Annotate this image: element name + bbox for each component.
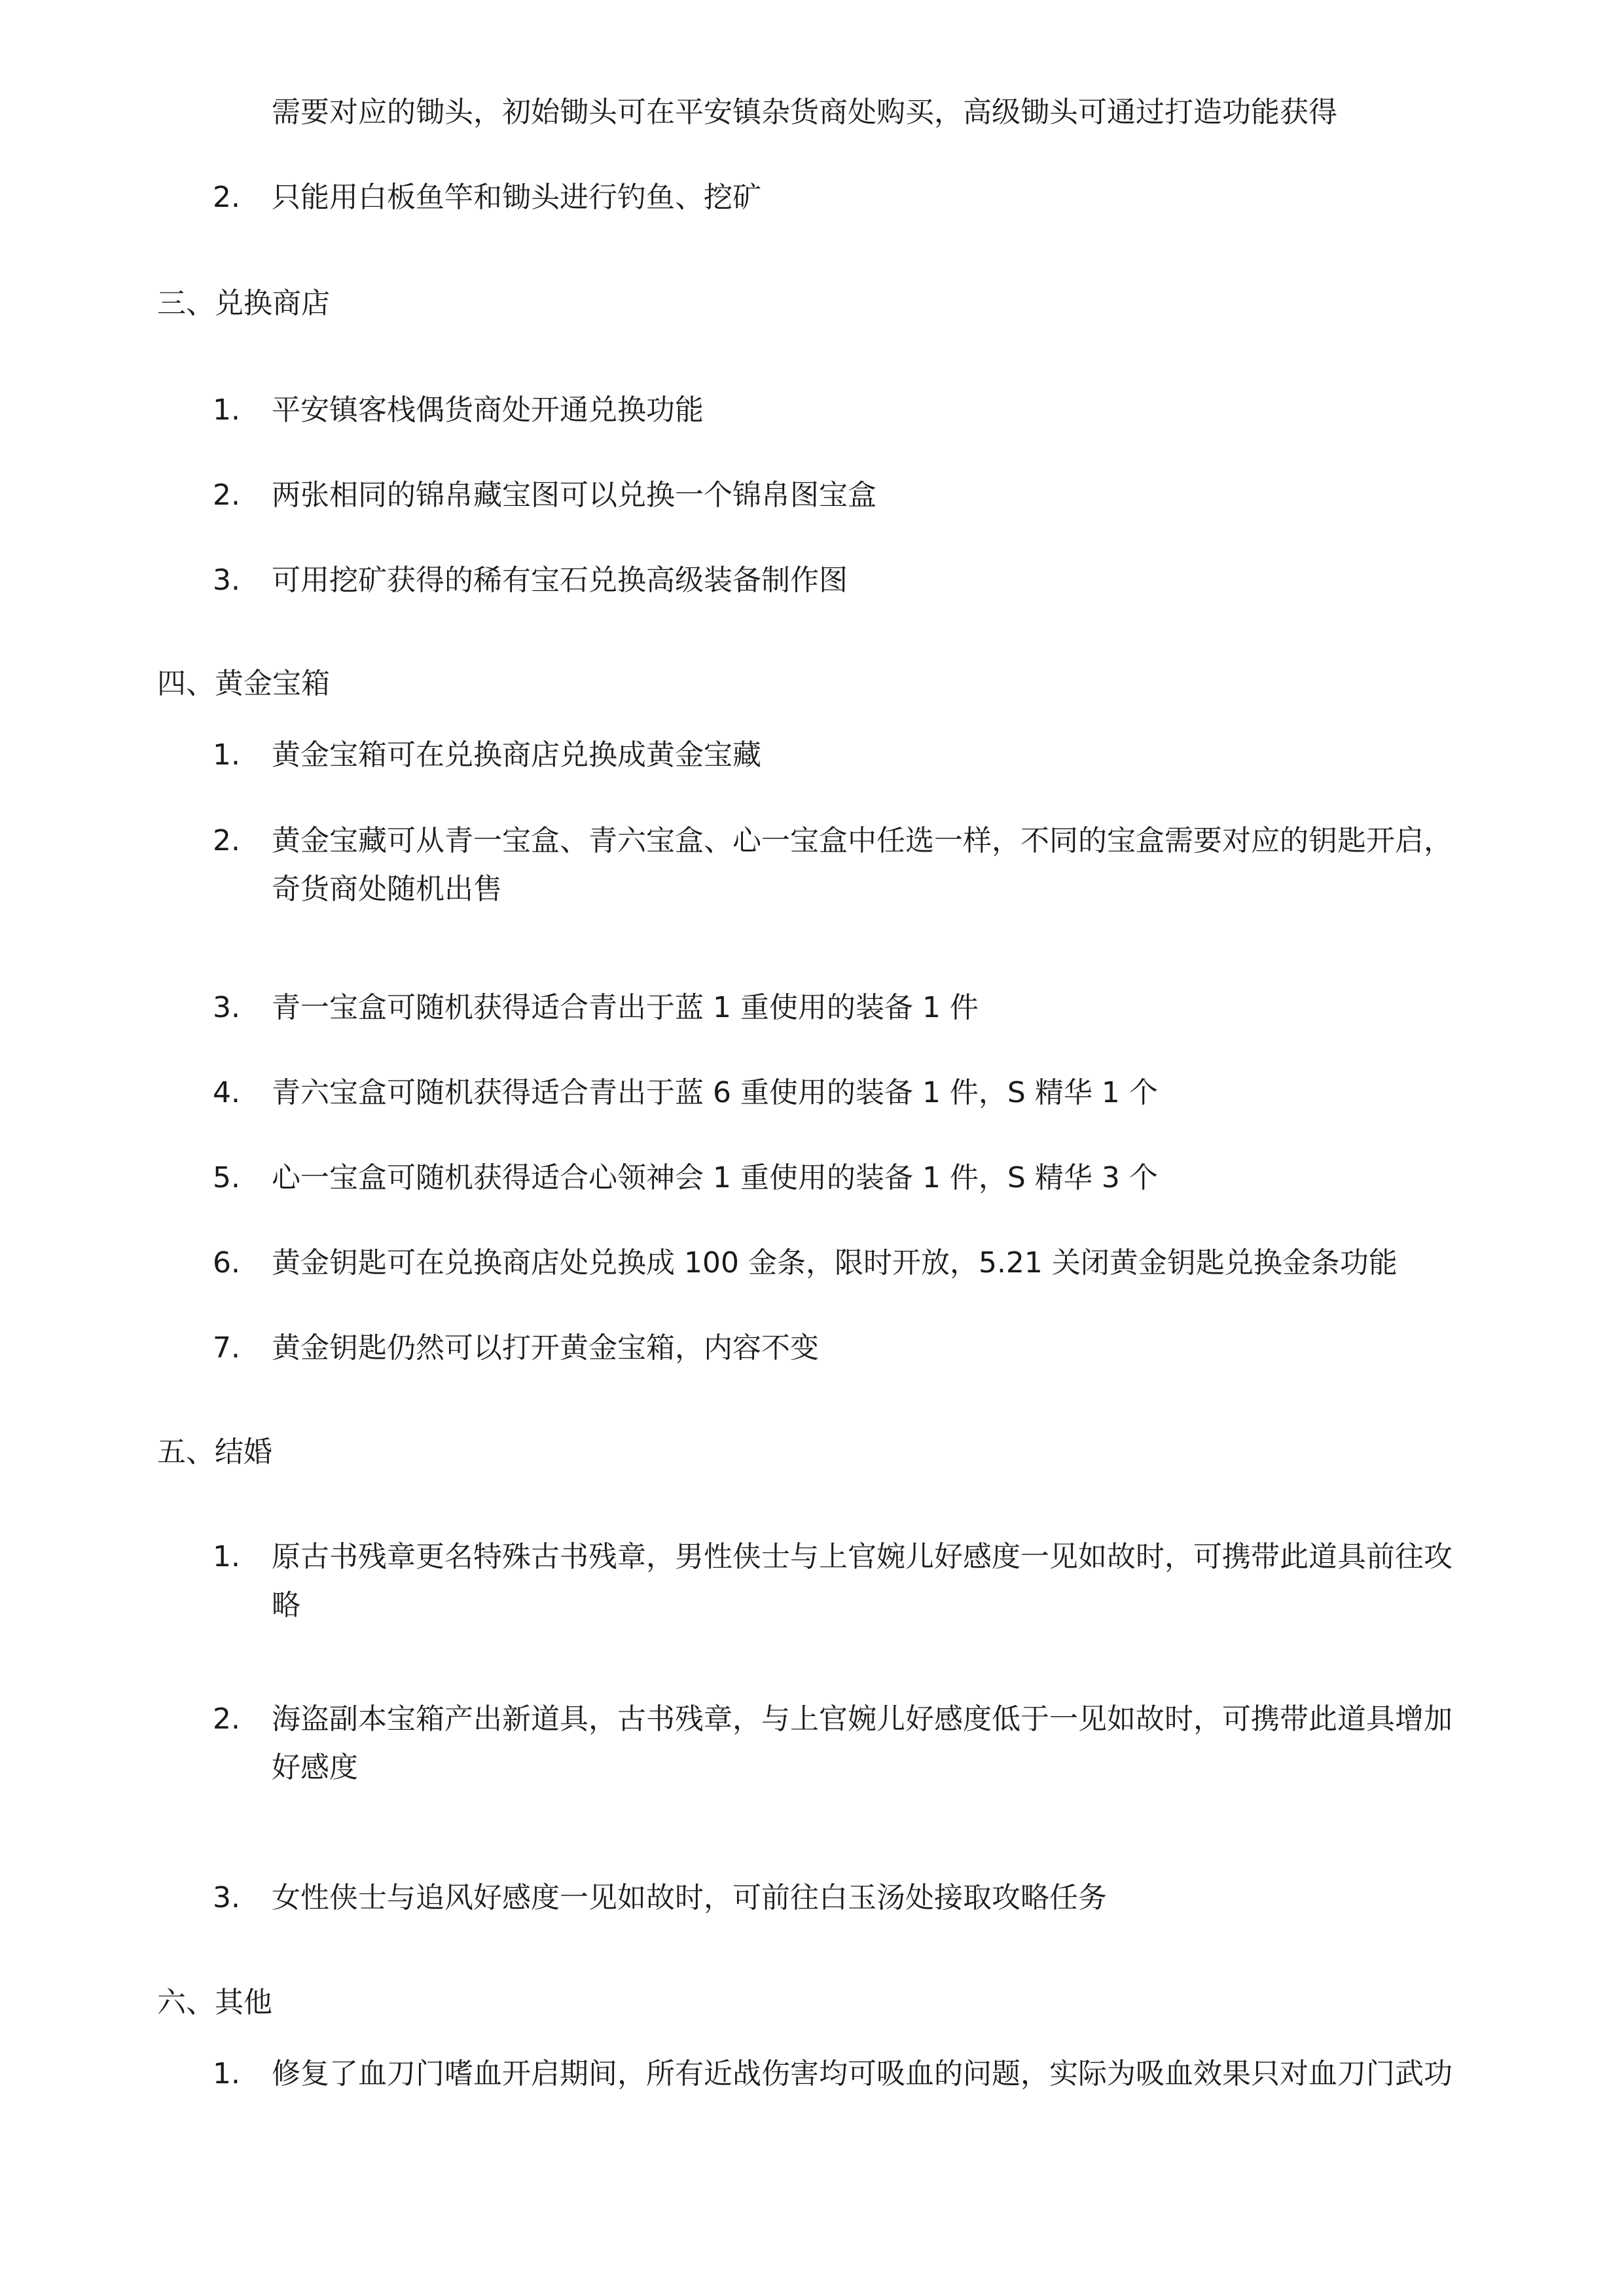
list-item-text: 黄金宝藏可从青一宝盒、青六宝盒、心一宝盒中任选一样，不同的宝盒需要对应的钥匙开启… (272, 827, 1453, 855)
list-item-number: 2. (213, 827, 240, 855)
list-item-continuation: 奇货商处随机出售 (272, 875, 502, 904)
list-item-number: 6. (213, 1249, 240, 1278)
list-item-text: 青一宝盒可随机获得适合青出于蓝 1 重使用的装备 1 件 (272, 994, 979, 1022)
list-item-number: 2. (213, 1705, 240, 1734)
list-item-text: 黄金钥匙可在兑换商店处兑换成 100 金条，限时开放，5.21 关闭黄金钥匙兑换… (272, 1249, 1398, 1278)
list-item-number: 1. (213, 2060, 240, 2089)
list-item-text: 黄金钥匙仍然可以打开黄金宝箱，内容不变 (272, 1334, 819, 1363)
list-item-text: 平安镇客栈偶货商处开通兑换功能 (272, 396, 704, 425)
list-item-text: 可用挖矿获得的稀有宝石兑换高级装备制作图 (272, 566, 848, 595)
list-item-text: 原古书残章更名特殊古书残章，男性侠士与上官婉儿好感度一见如故时，可携带此道具前往… (272, 1543, 1453, 1571)
list-item-number: 4. (213, 1079, 240, 1107)
intro-item-2-number: 2. (213, 183, 240, 212)
intro-item-2-text: 只能用白板鱼竿和锄头进行钓鱼、挖矿 (272, 183, 761, 212)
section-heading-exchange-shop: 三、兑换商店 (157, 289, 330, 318)
list-item-number: 3. (213, 994, 240, 1022)
section-heading-marriage: 五、结婚 (157, 1438, 272, 1467)
section-heading-golden-chest: 四、黄金宝箱 (157, 670, 330, 698)
list-item-number: 2. (213, 481, 240, 510)
list-item-text: 女性侠士与追风好感度一见如故时，可前往白玉汤处接取攻略任务 (272, 1884, 1107, 1912)
list-item-number: 1. (213, 1543, 240, 1571)
list-item-continuation: 好感度 (272, 1753, 358, 1782)
list-item-text: 黄金宝箱可在兑换商店兑换成黄金宝藏 (272, 741, 761, 770)
list-item-text: 青六宝盒可随机获得适合青出于蓝 6 重使用的装备 1 件，S 精华 1 个 (272, 1079, 1158, 1107)
list-item-text: 海盗副本宝箱产出新道具，古书残章，与上官婉儿好感度低于一见如故时，可携带此道具增… (272, 1705, 1453, 1734)
list-item-text: 心一宝盒可随机获得适合心领神会 1 重使用的装备 1 件，S 精华 3 个 (272, 1164, 1158, 1193)
list-item-number: 7. (213, 1334, 240, 1363)
intro-continuation-text: 需要对应的锄头，初始锄头可在平安镇杂货商处购买，高级锄头可通过打造功能获得 (272, 98, 1337, 127)
list-item-text: 两张相同的锦帛藏宝图可以兑换一个锦帛图宝盒 (272, 481, 876, 510)
list-item-number: 1. (213, 396, 240, 425)
list-item-text: 修复了血刀门嗜血开启期间，所有近战伤害均可吸血的问题，实际为吸血效果只对血刀门武… (272, 2060, 1453, 2089)
list-item-number: 5. (213, 1164, 240, 1193)
section-heading-other: 六、其他 (157, 1988, 272, 2017)
list-item-number: 1. (213, 741, 240, 770)
list-item-number: 3. (213, 566, 240, 595)
list-item-continuation: 略 (272, 1591, 300, 1620)
list-item-number: 3. (213, 1884, 240, 1912)
